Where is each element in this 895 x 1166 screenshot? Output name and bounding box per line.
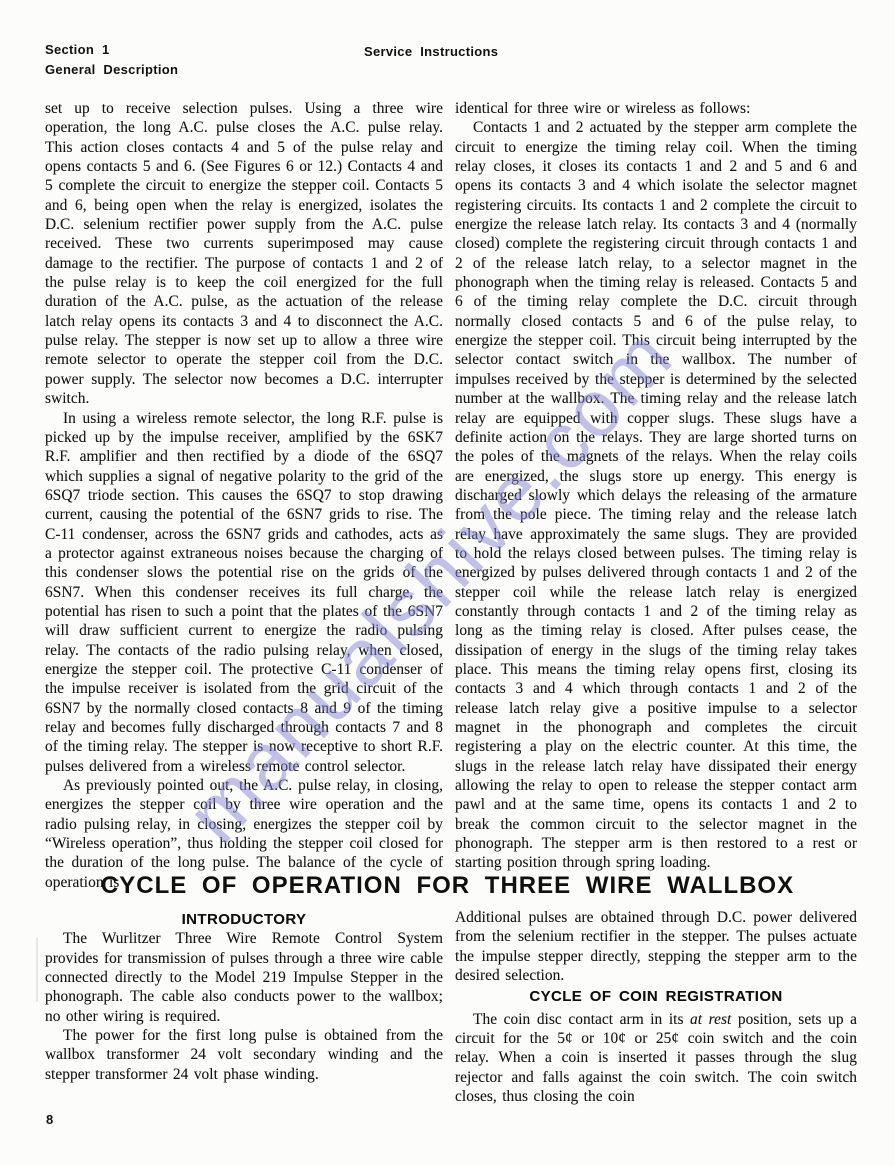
coin-registration-heading: CYCLE OF COIN REGISTRATION (455, 987, 857, 1006)
scanned-page: Section 1 General Description Service In… (0, 0, 895, 1166)
header-section-line1: Section 1 (45, 40, 178, 60)
body-paragraph: identical for three wire or wireless as … (455, 99, 857, 118)
header-section-line2: General Description (45, 60, 178, 80)
body-paragraph-coin: The coin disc contact arm in its at rest… (455, 1010, 857, 1107)
header-right-title: Service Instructions (364, 42, 498, 62)
section-title: CYCLE OF OPERATION FOR THREE WIRE WALLBO… (0, 872, 895, 901)
coin-text-italic: at rest (690, 1011, 731, 1028)
left-column-top: set up to receive selection pulses. Usin… (45, 99, 443, 892)
page-number: 8 (46, 1112, 53, 1127)
left-column-bottom: INTRODUCTORY The Wurlitzer Three Wire Re… (45, 910, 443, 1084)
body-paragraph: The power for the first long pulse is ob… (45, 1026, 443, 1084)
right-column-bottom: Additional pulses are obtained through D… (455, 908, 857, 1106)
body-paragraph: Additional pulses are obtained through D… (455, 908, 857, 985)
body-paragraph: set up to receive selection pulses. Usin… (45, 99, 443, 409)
right-column-top: identical for three wire or wireless as … (455, 99, 857, 873)
body-paragraph: In using a wireless remote selector, the… (45, 409, 443, 777)
header-section-block: Section 1 General Description (45, 40, 178, 80)
introductory-heading: INTRODUCTORY (45, 910, 443, 929)
body-paragraph: The Wurlitzer Three Wire Remote Control … (45, 929, 443, 1026)
scan-artifact-line (36, 938, 38, 1002)
body-paragraph: Contacts 1 and 2 actuated by the stepper… (455, 118, 857, 872)
coin-text-before: The coin disc contact arm in its (473, 1011, 690, 1028)
